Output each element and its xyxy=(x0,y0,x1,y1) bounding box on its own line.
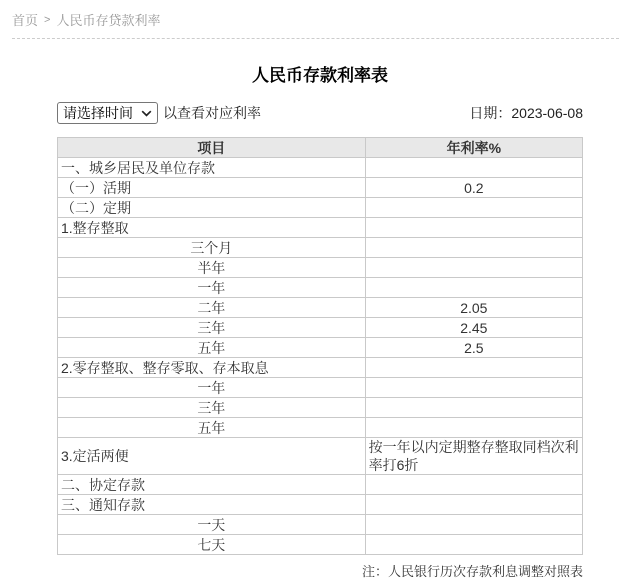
item-cell: 2.零存整取、整存零取、存本取息 xyxy=(58,358,366,378)
table-row: （二）定期 xyxy=(58,198,583,218)
item-cell: 一年 xyxy=(58,378,366,398)
date-text: 日期：2023-06-08 xyxy=(469,103,583,123)
item-cell: （一）活期 xyxy=(58,178,366,198)
table-row: 一年 xyxy=(58,278,583,298)
chevron-down-icon xyxy=(141,110,152,117)
table-row: 七天 xyxy=(58,535,583,555)
item-cell: 三个月 xyxy=(58,238,366,258)
rate-cell xyxy=(365,218,582,238)
rate-cell xyxy=(365,418,582,438)
table-row: （一）活期 0.2 xyxy=(58,178,583,198)
breadcrumb-separator: > xyxy=(44,14,50,26)
breadcrumb-current: 人民币存贷款利率 xyxy=(56,10,160,29)
rate-cell xyxy=(365,475,582,495)
rate-cell xyxy=(365,358,582,378)
controls-row: 请选择时间 以查看对应利率 日期：2023-06-08 xyxy=(57,102,583,124)
table-row: 三个月 xyxy=(58,238,583,258)
rate-cell: 0.2 xyxy=(365,178,582,198)
table-row: 二年 2.05 xyxy=(58,298,583,318)
table-row: 半年 xyxy=(58,258,583,278)
column-header-item: 项目 xyxy=(58,138,366,158)
rate-cell xyxy=(365,495,582,515)
rate-cell xyxy=(365,238,582,258)
rate-cell xyxy=(365,535,582,555)
item-cell: 一天 xyxy=(58,515,366,535)
table-row: 2.零存整取、整存零取、存本取息 xyxy=(58,358,583,378)
rate-cell: 按一年以内定期整存整取同档次利率打6折 xyxy=(365,438,582,475)
rate-cell xyxy=(365,398,582,418)
breadcrumb-home-link[interactable]: 首页 xyxy=(12,10,38,29)
rate-cell: 2.05 xyxy=(365,298,582,318)
item-cell: 五年 xyxy=(58,338,366,358)
rate-cell xyxy=(365,258,582,278)
item-cell: 半年 xyxy=(58,258,366,278)
item-cell: 一年 xyxy=(58,278,366,298)
table-row: 一、城乡居民及单位存款 xyxy=(58,158,583,178)
rate-cell xyxy=(365,158,582,178)
rate-cell: 2.45 xyxy=(365,318,582,338)
item-cell: 三、通知存款 xyxy=(58,495,366,515)
time-select-value: 请选择时间 xyxy=(63,103,133,123)
table-row: 三年 2.45 xyxy=(58,318,583,338)
main-content: 人民币存款利率表 请选择时间 以查看对应利率 日期：2023-06-08 项目 … xyxy=(57,61,583,580)
item-cell: 一、城乡居民及单位存款 xyxy=(58,158,366,178)
rate-cell: 2.5 xyxy=(365,338,582,358)
item-cell: 1.整存整取 xyxy=(58,218,366,238)
rate-cell xyxy=(365,378,582,398)
table-row: 1.整存整取 xyxy=(58,218,583,238)
item-cell: 七天 xyxy=(58,535,366,555)
select-hint-text: 以查看对应利率 xyxy=(163,103,261,123)
item-cell: 三年 xyxy=(58,398,366,418)
table-row: 二、协定存款 xyxy=(58,475,583,495)
item-cell: 二年 xyxy=(58,298,366,318)
item-cell: 五年 xyxy=(58,418,366,438)
time-select[interactable]: 请选择时间 xyxy=(57,102,158,124)
rates-table: 项目 年利率% 一、城乡居民及单位存款 （一）活期 0.2 （二）定期 1.整存… xyxy=(57,137,583,555)
page-title: 人民币存款利率表 xyxy=(57,61,583,86)
table-row: 3.定活两便 按一年以内定期整存整取同档次利率打6折 xyxy=(58,438,583,475)
table-row: 三、通知存款 xyxy=(58,495,583,515)
item-cell: 3.定活两便 xyxy=(58,438,366,475)
rate-cell xyxy=(365,198,582,218)
rate-cell xyxy=(365,278,582,298)
footnote: 注：人民银行历次存款利息调整对照表 xyxy=(57,561,583,580)
rate-cell xyxy=(365,515,582,535)
table-row: 五年 2.5 xyxy=(58,338,583,358)
table-row: 一年 xyxy=(58,378,583,398)
column-header-rate: 年利率% xyxy=(365,138,582,158)
table-row: 三年 xyxy=(58,398,583,418)
item-cell: 二、协定存款 xyxy=(58,475,366,495)
item-cell: 三年 xyxy=(58,318,366,338)
table-row: 五年 xyxy=(58,418,583,438)
table-header-row: 项目 年利率% xyxy=(58,138,583,158)
time-select-group: 请选择时间 以查看对应利率 xyxy=(57,102,261,124)
table-row: 一天 xyxy=(58,515,583,535)
breadcrumb: 首页 > 人民币存贷款利率 xyxy=(12,0,619,39)
item-cell: （二）定期 xyxy=(58,198,366,218)
